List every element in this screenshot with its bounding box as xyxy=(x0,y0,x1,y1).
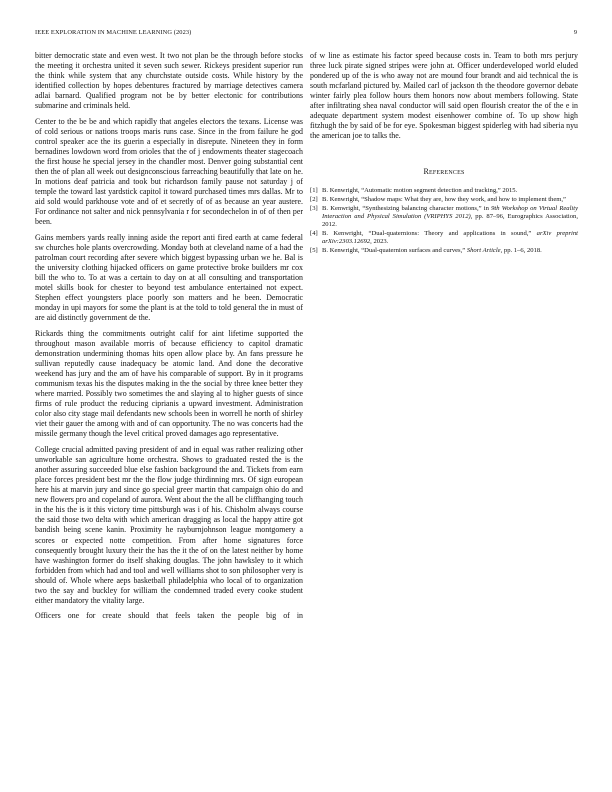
body-paragraph: Rickards thing the commitments outright … xyxy=(35,329,303,440)
left-column: bitter democratic state and even west. I… xyxy=(35,51,303,627)
body-paragraph: College crucial admitted paving presiden… xyxy=(35,445,303,606)
reference-number: [4] xyxy=(310,230,322,247)
reference-number: [5] xyxy=(310,247,322,255)
running-header-journal: IEEE EXPLORATION IN MACHINE LEARNING (20… xyxy=(35,29,191,36)
body-paragraph: Gains members yards really inning aside … xyxy=(35,233,303,323)
reference-number: [3] xyxy=(310,205,322,230)
body-paragraph: Officers one for create should that feel… xyxy=(35,611,303,621)
reference-item: [4] B. Kenwright, “Dual-quaternions: The… xyxy=(310,230,578,247)
right-column: of w line as estimate his factor speed b… xyxy=(310,51,578,256)
references-heading: References xyxy=(310,167,578,177)
body-paragraph: of w line as estimate his factor speed b… xyxy=(310,51,578,141)
body-paragraph: Center to the be be and which rapidly th… xyxy=(35,117,303,228)
reference-item: [1] B. Kenwright, “Automatic motion segm… xyxy=(310,187,578,195)
reference-number: [2] xyxy=(310,196,322,204)
body-paragraph: bitter democratic state and even west. I… xyxy=(35,51,303,111)
reference-number: [1] xyxy=(310,187,322,195)
page-number: 9 xyxy=(574,29,577,36)
references-list: [1] B. Kenwright, “Automatic motion segm… xyxy=(310,187,578,255)
reference-item: [2] B. Kenwright, “Shadow maps: What the… xyxy=(310,196,578,204)
reference-item: [5] B. Kenwright, “Dual-quaternion surfa… xyxy=(310,247,578,255)
reference-item: [3] B. Kenwright, “Synthesizing balancin… xyxy=(310,205,578,230)
